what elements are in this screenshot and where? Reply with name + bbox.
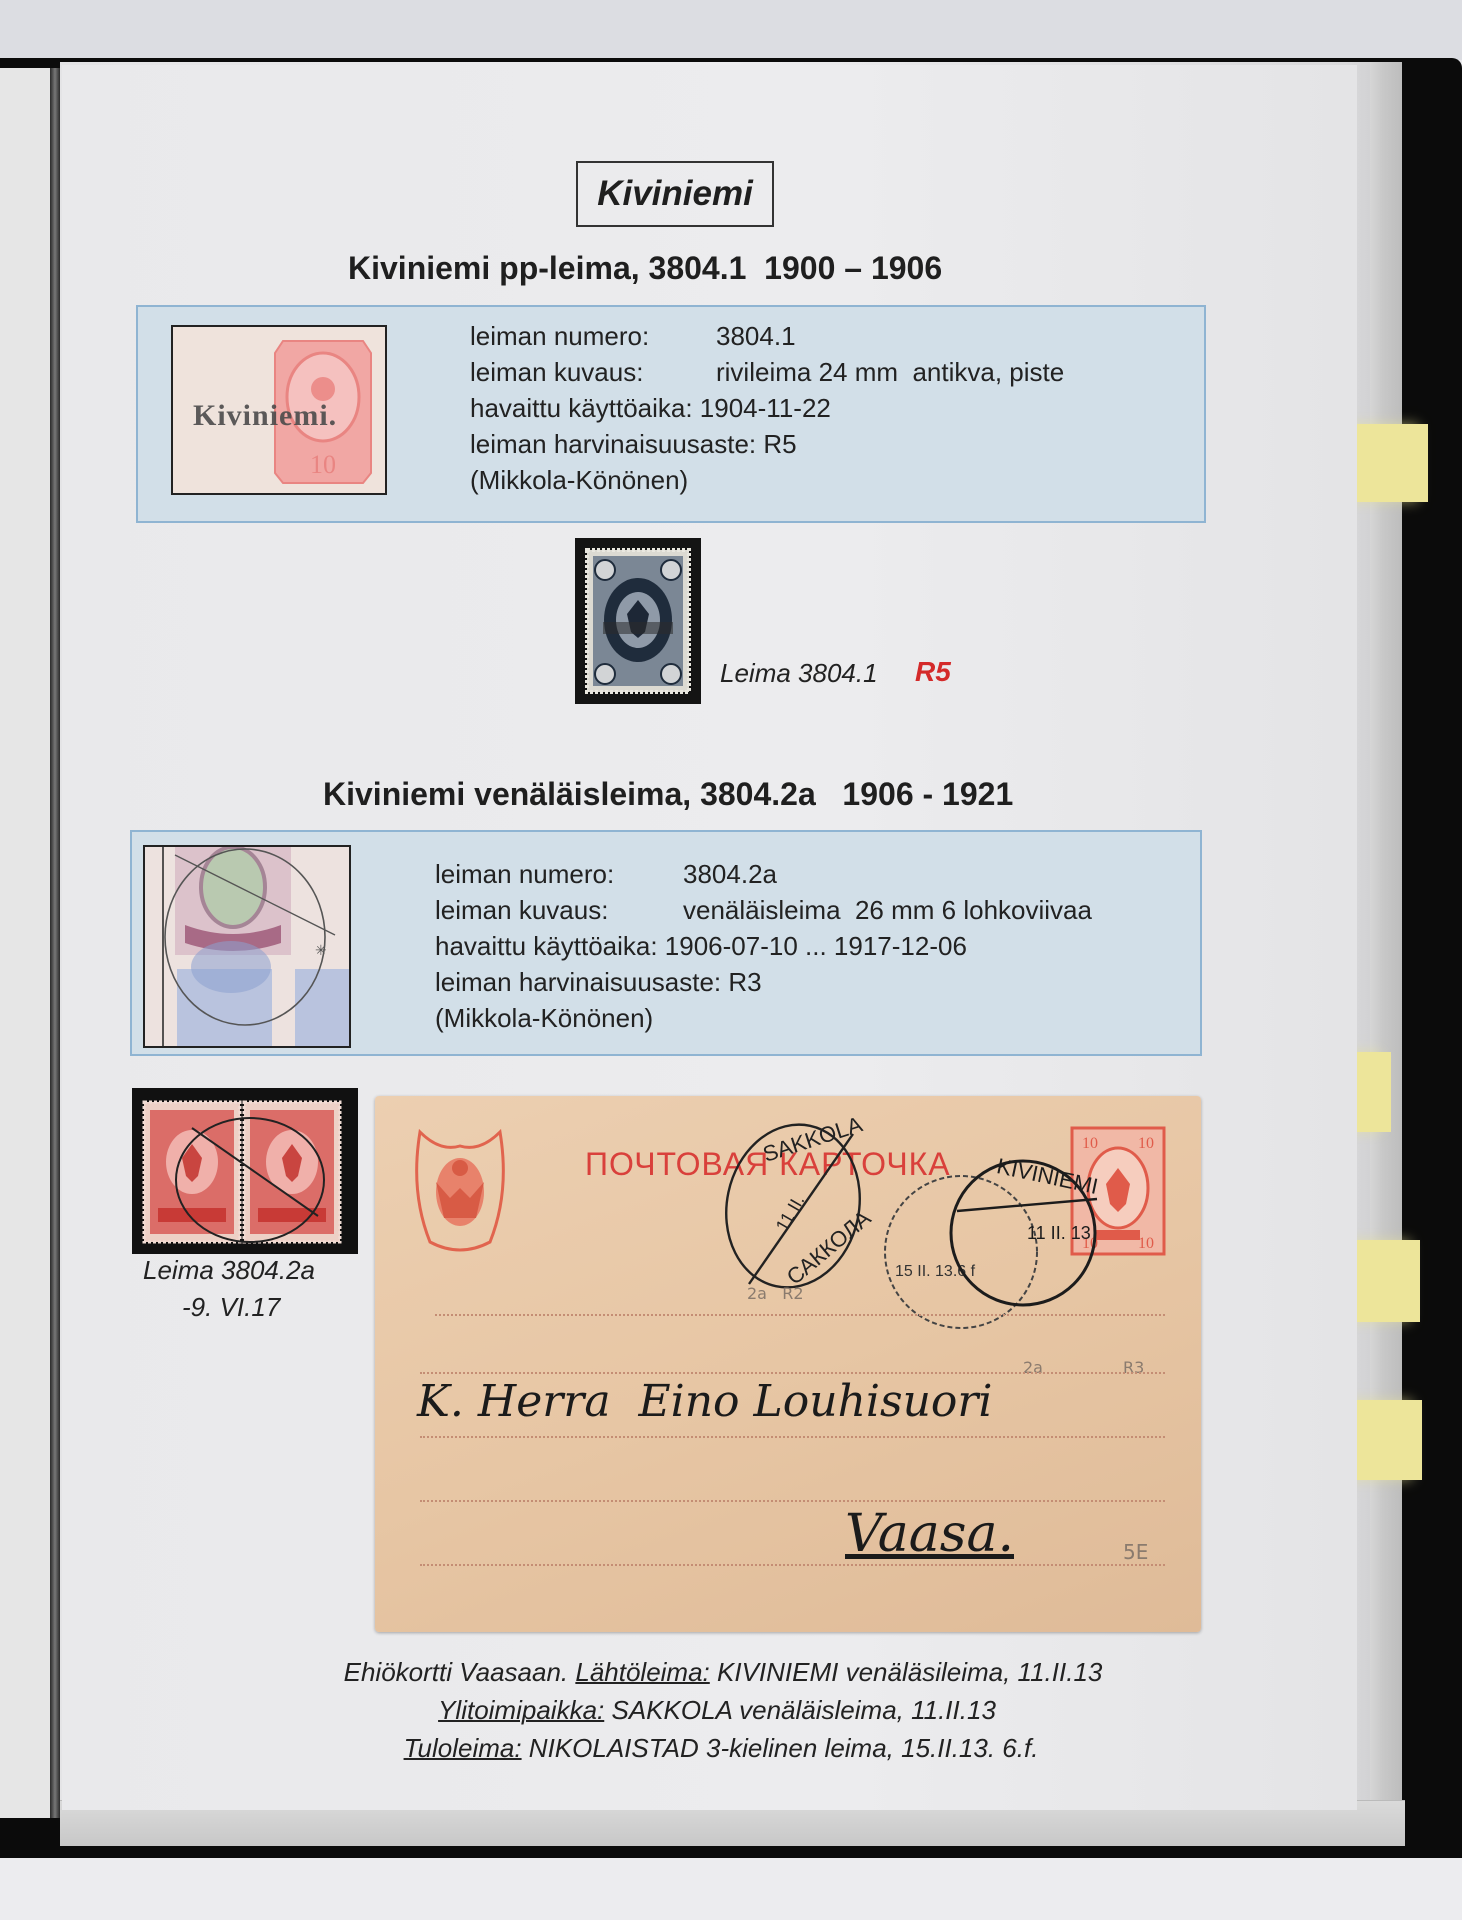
detail-row-rarity: leiman harvinaisuusaste: R3 <box>435 964 1092 1000</box>
svg-text:10: 10 <box>1138 1135 1154 1152</box>
postmark-details-3804-1: leiman numero:3804.1 leiman kuvaus:rivil… <box>470 318 1064 498</box>
kiviniemi-line-postmark: Kiviniemi. <box>193 399 337 433</box>
pencil-note: 2a <box>1023 1358 1043 1377</box>
sleeve-edge <box>1370 62 1402 1822</box>
footnote-line-1: Ehiökortti Vaasaan. Lähtöleima: KIVINIEM… <box>0 1657 1454 1688</box>
page-title: Kiviniemi <box>576 161 774 227</box>
detail-row-source: (Mikkola-Könönen) <box>470 462 1064 498</box>
detail-row-rarity: leiman harvinaisuusaste: R5 <box>470 426 1064 462</box>
footnote-line-2: Ylitoimipaikka: SAKKOLA venäläisleima, 1… <box>0 1695 1448 1726</box>
svg-text:10: 10 <box>1138 1235 1154 1252</box>
svg-text:✳: ✳ <box>315 942 327 958</box>
postmark-details-3804-2a: leiman numero:3804.2a leiman kuvaus:venä… <box>435 856 1092 1036</box>
handwritten-destination: Vaasa. <box>845 1504 1014 1564</box>
address-line <box>420 1500 1165 1502</box>
postmark-sample-image: 10 Kiviniemi. <box>171 325 387 495</box>
album-spine <box>50 68 60 1818</box>
stamp-block-with-circular-postmark: ✳ <box>145 847 349 1046</box>
address-line <box>420 1372 1165 1374</box>
postmark-sample-image: ✳ <box>143 845 351 1048</box>
pencil-note: R3 <box>1123 1358 1144 1377</box>
imperial-eagle-emblem <box>410 1122 510 1258</box>
rarity-badge-r5: R5 <box>915 656 951 688</box>
pair-of-red-10-kop-stamps <box>132 1088 358 1254</box>
pencil-note: 5E <box>1123 1540 1148 1564</box>
detail-row-number: leiman numero:3804.2a <box>435 856 1092 892</box>
section-heading-venalaisleima: Kiviniemi venäläisleima, 3804.2a 1906 - … <box>323 776 1013 813</box>
address-line <box>435 1314 1165 1316</box>
svg-text:KIVINIEMI: KIVINIEMI <box>995 1153 1101 1199</box>
section-heading-pp-leima: Kiviniemi pp-leima, 3804.1 1900 – 1906 <box>348 250 942 287</box>
address-line <box>420 1564 1165 1566</box>
stamp-caption-3804-1: Leima 3804.1 <box>720 658 878 689</box>
stamp-pair-caption: Leima 3804.2a <box>143 1255 315 1286</box>
detail-row-number: leiman numero:3804.1 <box>470 318 1064 354</box>
sakkola-postmark: SAKKOLA САККОЛА 11 II. <box>705 1114 885 1294</box>
index-tab[interactable] <box>1348 424 1428 502</box>
table-surface <box>0 1855 1462 1920</box>
svg-text:11 II.: 11 II. <box>772 1191 809 1235</box>
address-line <box>420 1436 1165 1438</box>
kiviniemi-postmark: KIVINIEMI 11 II. 13 <box>935 1141 1115 1321</box>
detail-row-period: havaittu käyttöaika: 1906-07-10 ... 1917… <box>435 928 1092 964</box>
backdrop <box>0 0 1462 60</box>
left-album-page-edge <box>0 68 50 1818</box>
pencil-note: 2a R2 <box>747 1284 804 1303</box>
footnote-line-3: Tuloleima: NIKOLAISTAD 3-kielinen leima,… <box>0 1733 1452 1764</box>
stamp-pair-mount <box>132 1088 358 1254</box>
stamp-mount <box>575 538 701 704</box>
detail-row-source: (Mikkola-Könönen) <box>435 1000 1092 1036</box>
svg-text:11 II. 13: 11 II. 13 <box>1027 1223 1091 1243</box>
detail-row-description: leiman kuvaus:venäläisleima 26 mm 6 lohk… <box>435 892 1092 928</box>
detail-row-period: havaittu käyttöaika: 1904-11-22 <box>470 390 1064 426</box>
svg-text:10: 10 <box>310 450 336 479</box>
blue-20-kop-stamp <box>575 538 701 704</box>
postal-stationery-card: ПОЧТОВАЯ КАРТОЧКА 10 10 10 10 SAKKOLA СА… <box>375 1096 1201 1632</box>
stamp-pair-date: -9. VI.17 <box>182 1292 280 1323</box>
handwritten-addressee: K. Herra Eino Louhisuori <box>417 1376 993 1427</box>
detail-row-description: leiman kuvaus:rivileima 24 mm antikva, p… <box>470 354 1064 390</box>
